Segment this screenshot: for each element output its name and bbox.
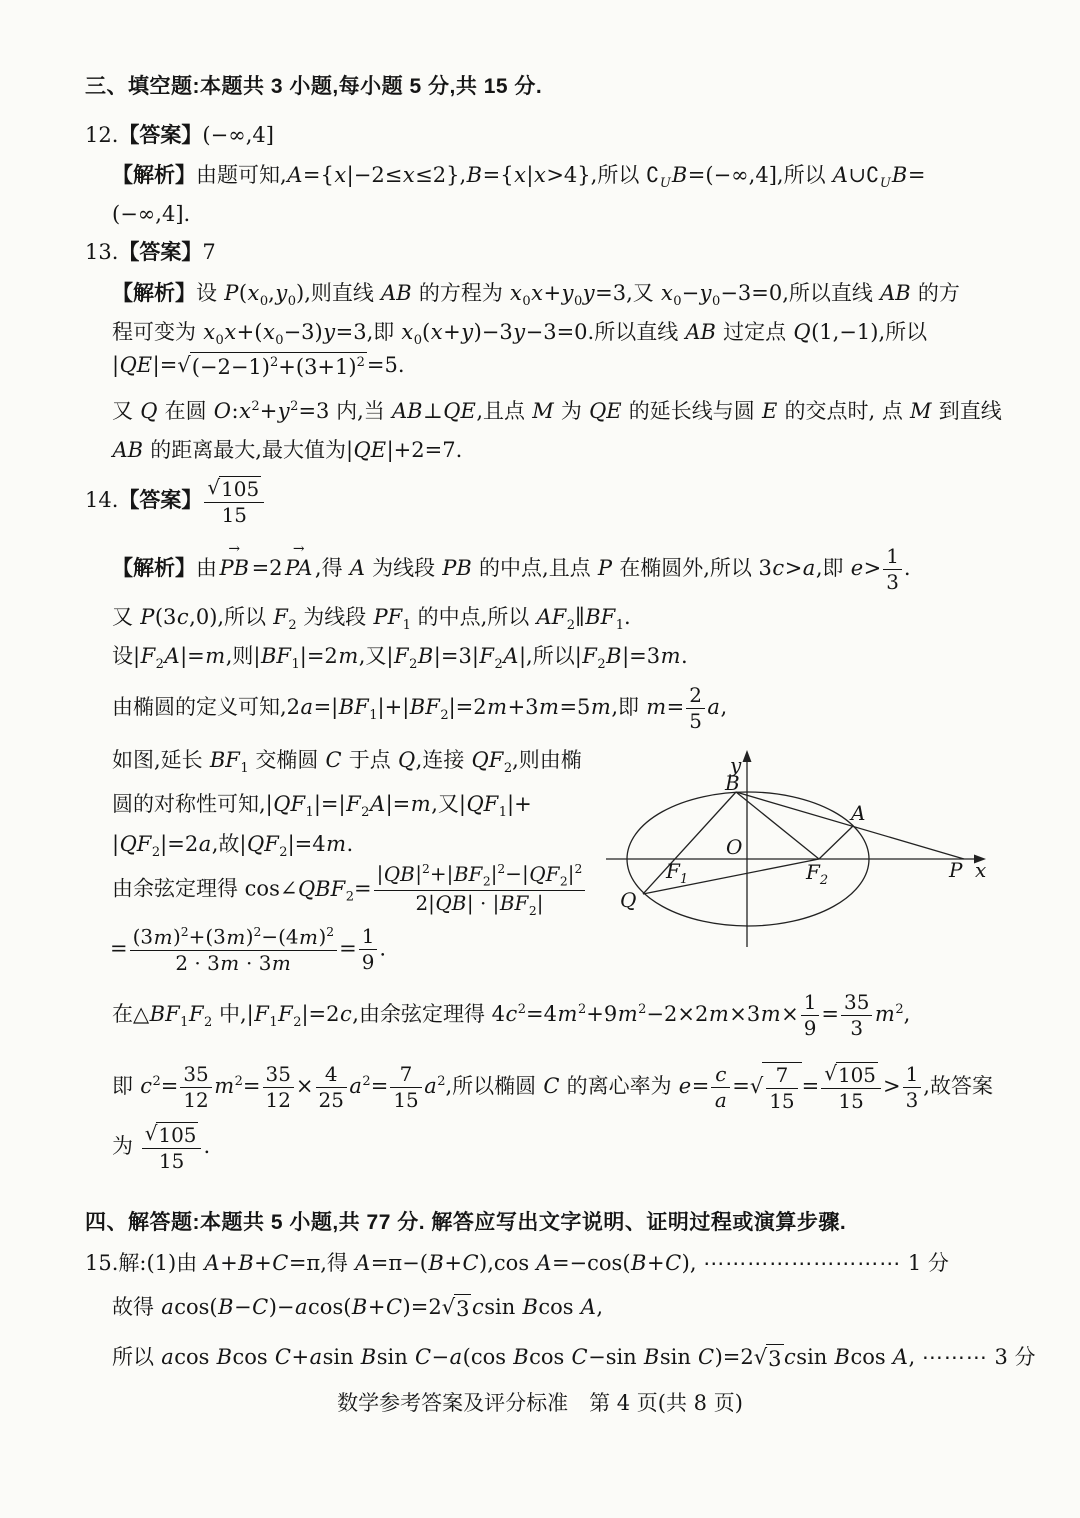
- section3-heading: 三、填空题:本题共 3 小题,每小题 5 分,共 15 分.: [85, 74, 542, 100]
- q14-analysis-line11: 即 c2=3512m2=3512×425a2=715a2,所以椭圆 C 的离心率…: [112, 1062, 993, 1113]
- q14-analysis-line8: 由余弦定理得 cos∠QBF2=|QB|2+|BF2|2−|QF2|22|QB|…: [112, 862, 587, 918]
- figure-label-A: A: [849, 801, 865, 825]
- q15-solution-line2: 故得 acos(B−C)−acos(B+C)=2√3csin Bcos A,: [112, 1294, 603, 1323]
- y-axis-arrow: [743, 750, 752, 762]
- q15-solution-line1: 15.解:(1)由 A+B+C=π,得 A=π−(B+C),cos A=−cos…: [85, 1250, 949, 1276]
- q14-analysis-line6: 圆的对称性可知,|QF1|=|F2A|=m,又|QF1|+: [112, 791, 532, 821]
- figure-label-B: B: [724, 771, 740, 795]
- q14-analysis-line3: 设|F2A|=m,则|BF1|=2m,又|F2B|=3|F2A|,所以|F2B|…: [112, 643, 688, 673]
- q14-analysis-line10: 在△BF1F2 中,|F1F2|=2c,由余弦定理得 4c2=4m2+9m2−2…: [112, 991, 910, 1040]
- q14-answer: 14.【答案】√10515: [85, 476, 266, 527]
- page-footer: 数学参考答案及评分标准 第 4 页(共 8 页): [0, 1390, 1080, 1416]
- figure-label-x: x: [975, 858, 986, 882]
- q13-answer: 13.【答案】7: [85, 239, 216, 266]
- q12-analysis-line2: (−∞,4].: [112, 201, 190, 227]
- q13-analysis-line2: 程可变为 x0x+(x0−3)y=3,即 x0(x+y)−3y−3=0.所以直线…: [112, 319, 927, 349]
- answer-sheet-page: 三、填空题:本题共 3 小题,每小题 5 分,共 15 分. 12.【答案】(−…: [0, 0, 1080, 1518]
- q13-analysis-line1: 【解析】设 P(x0,y0),则直线 AB 的方程为 x0x+y0y=3,又 x…: [112, 280, 960, 310]
- figure-label-P: P: [948, 858, 963, 882]
- segment-BP: [736, 792, 964, 859]
- segment-F2A: [819, 826, 853, 859]
- q13-analysis-line3: |QE|=√(−2−1)2+(3+1)2=5.: [112, 352, 405, 381]
- figure-label-F1: F1: [665, 859, 688, 887]
- q13-analysis-line4: 又 Q 在圆 O:x2+y2=3 内,当 AB⊥QE,且点 M 为 QE 的延长…: [112, 398, 1002, 424]
- q15-solution-line3: 所以 acos Bcos C+asin Bsin C−a(cos Bcos C−…: [112, 1344, 1036, 1373]
- q14-analysis-line5: 如图,延长 BF1 交椭圆 C 于点 Q,连接 QF2,则由椭: [112, 747, 582, 777]
- q12-analysis-line1: 【解析】由题可知,A={x|−2≤x≤2},B={x|x>4},所以 ∁UB=(…: [112, 162, 925, 192]
- figure-label-F2: F2: [805, 860, 828, 888]
- figure-label-O: O: [726, 835, 742, 859]
- q13-analysis-line5: AB 的距离最大,最大值为|QE|+2=7.: [112, 437, 462, 463]
- q14-analysis-line4: 由椭圆的定义可知,2a=|BF1|+|BF2|=2m+3m=5m,即 m=25a…: [112, 684, 727, 733]
- segment-BF2: [736, 792, 819, 859]
- q14-analysis-line12: 为 √10515.: [112, 1122, 210, 1173]
- ellipse-figure: y B A O F1 F2 Q P x: [596, 740, 996, 952]
- q14-analysis-line7: |QF2|=2a,故|QF2|=4m.: [112, 831, 353, 861]
- q14-analysis-line2: 又 P(3c,0),所以 F2 为线段 PF1 的中点,所以 AF2∥BF1.: [112, 604, 631, 634]
- q14-analysis-line9: =(3m)2+(3m)2−(4m)22 · 3m · 3m=19.: [110, 925, 386, 975]
- q12-answer: 12.【答案】(−∞,4]: [85, 122, 274, 149]
- q14-analysis-line1: 【解析】由→PB=2→PA,得 A 为线段 PB 的中点,且点 P 在椭圆外,所…: [112, 545, 911, 594]
- figure-label-Q: Q: [620, 888, 636, 912]
- section4-heading: 四、解答题:本题共 5 小题,共 77 分. 解答应写出文字说明、证明过程或演算…: [85, 1210, 846, 1236]
